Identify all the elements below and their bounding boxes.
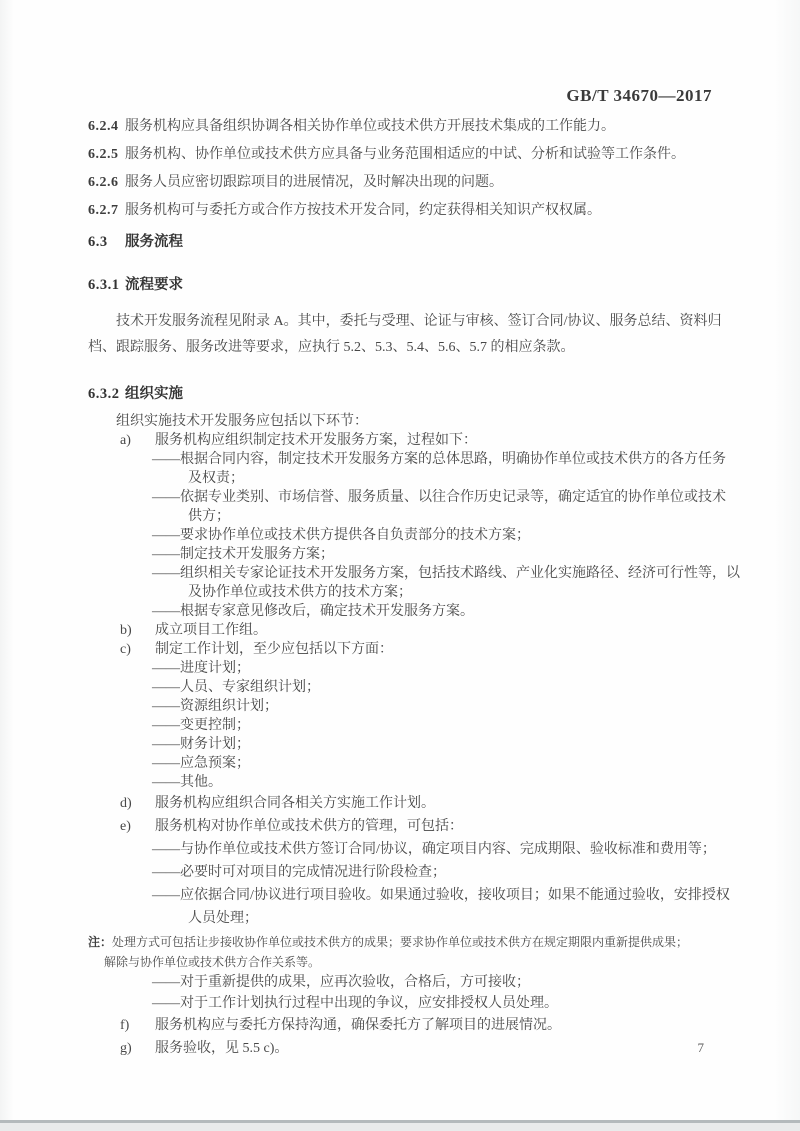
line-text: 制定工作计划，至少应包括以下方面：	[155, 642, 393, 657]
line-text: ——依据专业类别、市场信誉、服务质量、以往合作历史记录等，确定适宜的协作单位或技…	[152, 490, 726, 505]
dash-item: ——要求协作单位或技术供方提供各自负责部分的技术方案；	[88, 526, 738, 545]
line-text: 处理方式可包括让步接收协作单位或技术供方的成果；要求协作单位或技术供方在规定期限…	[112, 935, 688, 949]
line-text: ——组织相关专家论证技术开发服务方案，包括技术路线、产业化实施路径、经济可行性等…	[152, 566, 740, 581]
dash-item-continuation: 供方；	[88, 507, 738, 526]
line-text: 服务机构可与委托方或合作方按技术开发合同，约定获得相关知识产权权属。	[125, 203, 601, 218]
line-marker: d)	[120, 792, 155, 815]
line-text: ——制定技术开发服务方案；	[152, 547, 334, 562]
dash-item: ——组织相关专家论证技术开发服务方案，包括技术路线、产业化实施路径、经济可行性等…	[88, 564, 738, 583]
line-marker: 6.2.5	[88, 145, 125, 165]
line-text: ——应依据合同/协议进行项目验收。如果通过验收，接收项目；如果不能通过验收，安排…	[152, 888, 730, 903]
paragraph-line: 技术开发服务流程见附录 A。其中，委托与受理、论证与审核、签订合同/协议、服务总…	[88, 309, 738, 335]
line-text: 服务人员应密切跟踪项目的进展情况，及时解决出现的问题。	[125, 175, 503, 190]
line-text: ——其他。	[152, 775, 222, 790]
line-text: 供方；	[188, 509, 230, 524]
list-item: e)服务机构对协作单位或技术供方的管理，可包括：	[88, 815, 738, 838]
line-text: 服务机构应具备组织协调各相关协作单位或技术供方开展技术集成的工作能力。	[125, 119, 615, 134]
line-marker: c)	[120, 640, 155, 659]
section-heading: 6.3.1流程要求	[88, 275, 738, 295]
dash-item: ——其他。	[88, 773, 738, 792]
page-number: 7	[698, 1040, 705, 1056]
note-line: 注：处理方式可包括让步接收协作单位或技术供方的成果；要求协作单位或技术供方在规定…	[88, 932, 738, 952]
dash-item: ——进度计划；	[88, 659, 738, 678]
line-text: 成立项目工作组。	[155, 623, 267, 638]
paragraph-line: 档、跟踪服务、服务改进等要求，应执行 5.2、5.3、5.4、5.6、5.7 的…	[88, 335, 738, 361]
line-text: 服务机构应组织制定技术开发服务方案，过程如下：	[155, 433, 477, 448]
dash-item: ——必要时可对项目的完成情况进行阶段检查；	[88, 861, 738, 884]
line-marker: 6.3.1	[88, 275, 125, 295]
paragraph-line: 组织实施技术开发服务应包括以下环节：	[88, 412, 738, 431]
line-text: ——进度计划；	[152, 661, 250, 676]
line-text: ——财务计划；	[152, 737, 250, 752]
line-marker: 6.2.6	[88, 173, 125, 193]
document-page: GB/T 34670—2017 6.2.4服务机构应具备组织协调各相关协作单位或…	[0, 0, 800, 1131]
clause-line: 6.2.6服务人员应密切跟踪项目的进展情况，及时解决出现的问题。	[88, 173, 738, 193]
line-text: ——根据合同内容，制定技术开发服务方案的总体思路，明确协作单位或技术供方的各方任…	[152, 452, 726, 467]
line-marker: 6.2.7	[88, 201, 125, 221]
section-heading: 6.3.2组织实施	[88, 384, 738, 404]
dash-item: ——财务计划；	[88, 735, 738, 754]
list-item: f)服务机构应与委托方保持沟通，确保委托方了解项目的进展情况。	[88, 1014, 738, 1037]
list-item: a)服务机构应组织制定技术开发服务方案，过程如下：	[88, 431, 738, 450]
dash-item-continuation: 人员处理；	[88, 907, 738, 930]
section-heading: 6.3服务流程	[88, 232, 738, 252]
line-marker: 6.2.4	[88, 117, 125, 137]
line-text: ——对于工作计划执行过程中出现的争议，应安排授权人员处理。	[152, 996, 558, 1011]
document-body: GB/T 34670—2017 6.2.4服务机构应具备组织协调各相关协作单位或…	[88, 86, 738, 1060]
line-text: 及协作单位或技术供方的技术方案；	[188, 585, 412, 600]
dash-item: ——对于重新提供的成果，应再次验收，合格后，方可接收；	[88, 972, 738, 993]
line-text: 档、跟踪服务、服务改进等要求，应执行 5.2、5.3、5.4、5.6、5.7 的…	[88, 340, 575, 355]
dash-item: ——人员、专家组织计划；	[88, 678, 738, 697]
line-marker: 6.3.2	[88, 384, 125, 404]
list-item: d)服务机构应组织合同各相关方实施工作计划。	[88, 792, 738, 815]
line-text: ——对于重新提供的成果，应再次验收，合格后，方可接收；	[152, 975, 530, 990]
line-text: ——必要时可对项目的完成情况进行阶段检查；	[152, 865, 446, 880]
line-marker: a)	[120, 431, 155, 450]
line-text: ——应急预案；	[152, 756, 250, 771]
line-text: 流程要求	[125, 277, 183, 293]
line-text: ——变更控制；	[152, 718, 250, 733]
line-marker: 6.3	[88, 232, 125, 252]
standard-code-header: GB/T 34670—2017	[88, 86, 738, 106]
line-text: ——根据专家意见修改后，确定技术开发服务方案。	[152, 604, 474, 619]
scan-bottom-shadow	[0, 1123, 800, 1131]
line-text: 服务机构应与委托方保持沟通，确保委托方了解项目的进展情况。	[155, 1018, 561, 1033]
line-marker: g)	[120, 1037, 155, 1060]
line-marker: 注：	[88, 932, 112, 952]
list-item: b)成立项目工作组。	[88, 621, 738, 640]
line-text: 服务机构对协作单位或技术供方的管理，可包括：	[155, 819, 463, 834]
line-text: 解除与协作单位或技术供方合作关系等。	[104, 955, 320, 969]
line-text: 组织实施技术开发服务应包括以下环节：	[116, 414, 368, 429]
line-text: 技术开发服务流程见附录 A。其中，委托与受理、论证与审核、签订合同/协议、服务总…	[116, 314, 722, 329]
dash-item: ——应急预案；	[88, 754, 738, 773]
document-text-block: 6.2.4服务机构应具备组织协调各相关协作单位或技术供方开展技术集成的工作能力。…	[88, 117, 738, 1060]
clause-line: 6.2.7服务机构可与委托方或合作方按技术开发合同，约定获得相关知识产权权属。	[88, 201, 738, 221]
clause-line: 6.2.5服务机构、协作单位或技术供方应具备与业务范围相适应的中试、分析和试验等…	[88, 145, 738, 165]
line-text: ——要求协作单位或技术供方提供各自负责部分的技术方案；	[152, 528, 530, 543]
dash-item: ——资源组织计划；	[88, 697, 738, 716]
line-text: 组织实施	[125, 386, 183, 402]
line-text: ——与协作单位或技术供方签订合同/协议，确定项目内容、完成期限、验收标准和费用等…	[152, 842, 716, 857]
line-marker: e)	[120, 815, 155, 838]
line-text: ——资源组织计划；	[152, 699, 278, 714]
line-text: 服务流程	[125, 234, 183, 250]
line-text: 服务机构、协作单位或技术供方应具备与业务范围相适应的中试、分析和试验等工作条件。	[125, 147, 685, 162]
dash-item: ——变更控制；	[88, 716, 738, 735]
dash-item: ——应依据合同/协议进行项目验收。如果通过验收，接收项目；如果不能通过验收，安排…	[88, 884, 738, 907]
dash-item: ——与协作单位或技术供方签订合同/协议，确定项目内容、完成期限、验收标准和费用等…	[88, 838, 738, 861]
dash-item: ——制定技术开发服务方案；	[88, 545, 738, 564]
line-text: 服务验收，见 5.5 c)。	[155, 1041, 288, 1056]
dash-item: ——根据合同内容，制定技术开发服务方案的总体思路，明确协作单位或技术供方的各方任…	[88, 450, 738, 469]
line-text: 服务机构应组织合同各相关方实施工作计划。	[155, 796, 435, 811]
dash-item: ——对于工作计划执行过程中出现的争议，应安排授权人员处理。	[88, 993, 738, 1014]
list-item: g)服务验收，见 5.5 c)。	[88, 1037, 738, 1060]
note-line: 解除与协作单位或技术供方合作关系等。	[88, 952, 738, 972]
line-marker: b)	[120, 621, 155, 640]
line-marker: f)	[120, 1014, 155, 1037]
list-item: c)制定工作计划，至少应包括以下方面：	[88, 640, 738, 659]
line-text: ——人员、专家组织计划；	[152, 680, 320, 695]
line-text: 及权责；	[188, 471, 244, 486]
clause-line: 6.2.4服务机构应具备组织协调各相关协作单位或技术供方开展技术集成的工作能力。	[88, 117, 738, 137]
line-text: 人员处理；	[188, 911, 258, 926]
dash-item: ——依据专业类别、市场信誉、服务质量、以往合作历史记录等，确定适宜的协作单位或技…	[88, 488, 738, 507]
dash-item: ——根据专家意见修改后，确定技术开发服务方案。	[88, 602, 738, 621]
dash-item-continuation: 及协作单位或技术供方的技术方案；	[88, 583, 738, 602]
dash-item-continuation: 及权责；	[88, 469, 738, 488]
